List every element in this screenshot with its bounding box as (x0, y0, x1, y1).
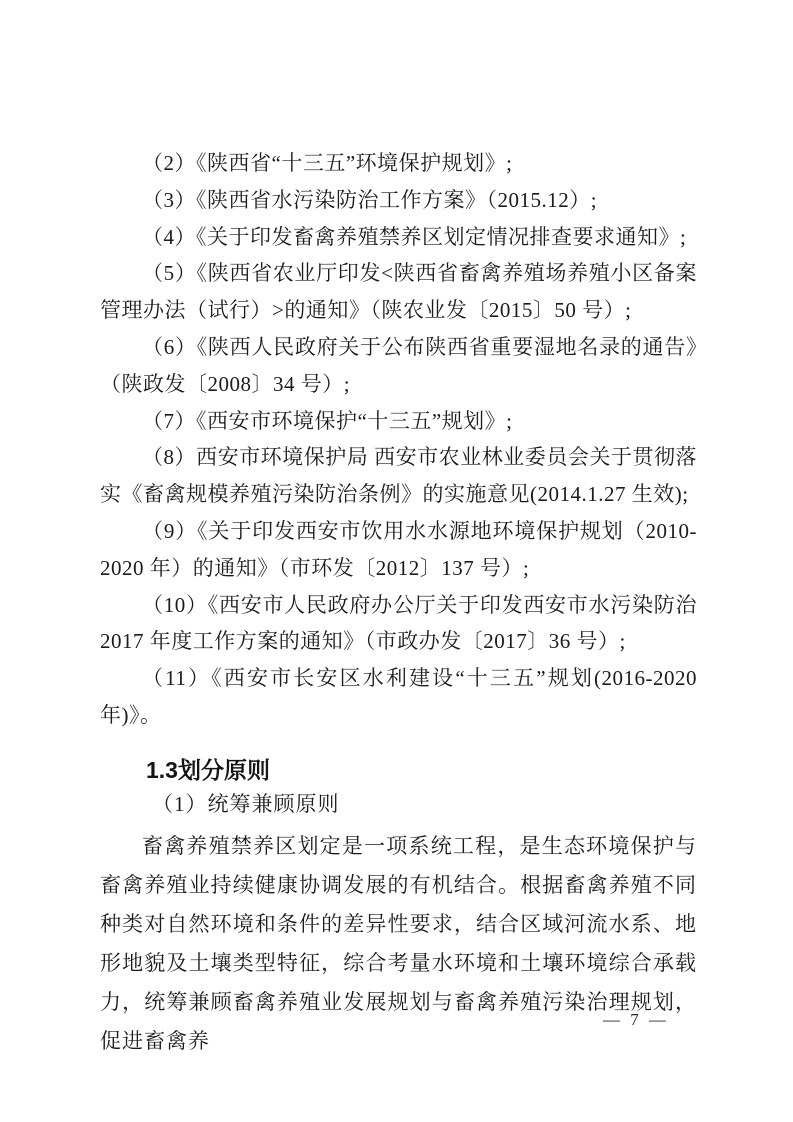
reference-item-7: （7）《西安市环境保护“十三五”规划》; (100, 403, 697, 440)
reference-item-5: （5）《陕西省农业厅印发<陕西省畜禽养殖场养殖小区备案管理办法（试行）>的通知》… (100, 255, 697, 329)
page-content: （2）《陕西省“十三五”环境保护规划》; （3）《陕西省水污染防治工作方案》（2… (100, 145, 697, 1061)
reference-item-11: （11）《西安市长安区水利建设“十三五”规划(2016-2020 年)》。 (100, 660, 697, 734)
reference-item-4: （4）《关于印发畜禽养殖禁养区划定情况排查要求通知》; (100, 219, 697, 256)
reference-item-2: （2）《陕西省“十三五”环境保护规划》; (100, 145, 697, 182)
reference-item-3: （3）《陕西省水污染防治工作方案》（2015.12）; (100, 182, 697, 219)
page-number: — 7 — (596, 1010, 676, 1030)
reference-item-9: （9）《关于印发西安市饮用水水源地环境保护规划（2010-2020 年）的通知》… (100, 513, 697, 587)
reference-item-6: （6）《陕西人民政府关于公布陕西省重要湿地名录的通告》（陕政发〔2008〕34 … (100, 329, 697, 403)
subsection-heading: （1）统筹兼顾原则 (100, 787, 697, 821)
reference-item-10: （10）《西安市人民政府办公厅关于印发西安市水污染防治 2017 年度工作方案的… (100, 587, 697, 661)
reference-item-8: （8）西安市环境保护局 西安市农业林业委员会关于贯彻落实《畜禽规模养殖污染防治条… (100, 439, 697, 513)
document-page: （2）《陕西省“十三五”环境保护规划》; （3）《陕西省水污染防治工作方案》（2… (0, 0, 793, 1122)
section-heading: 1.3划分原则 (100, 756, 697, 784)
